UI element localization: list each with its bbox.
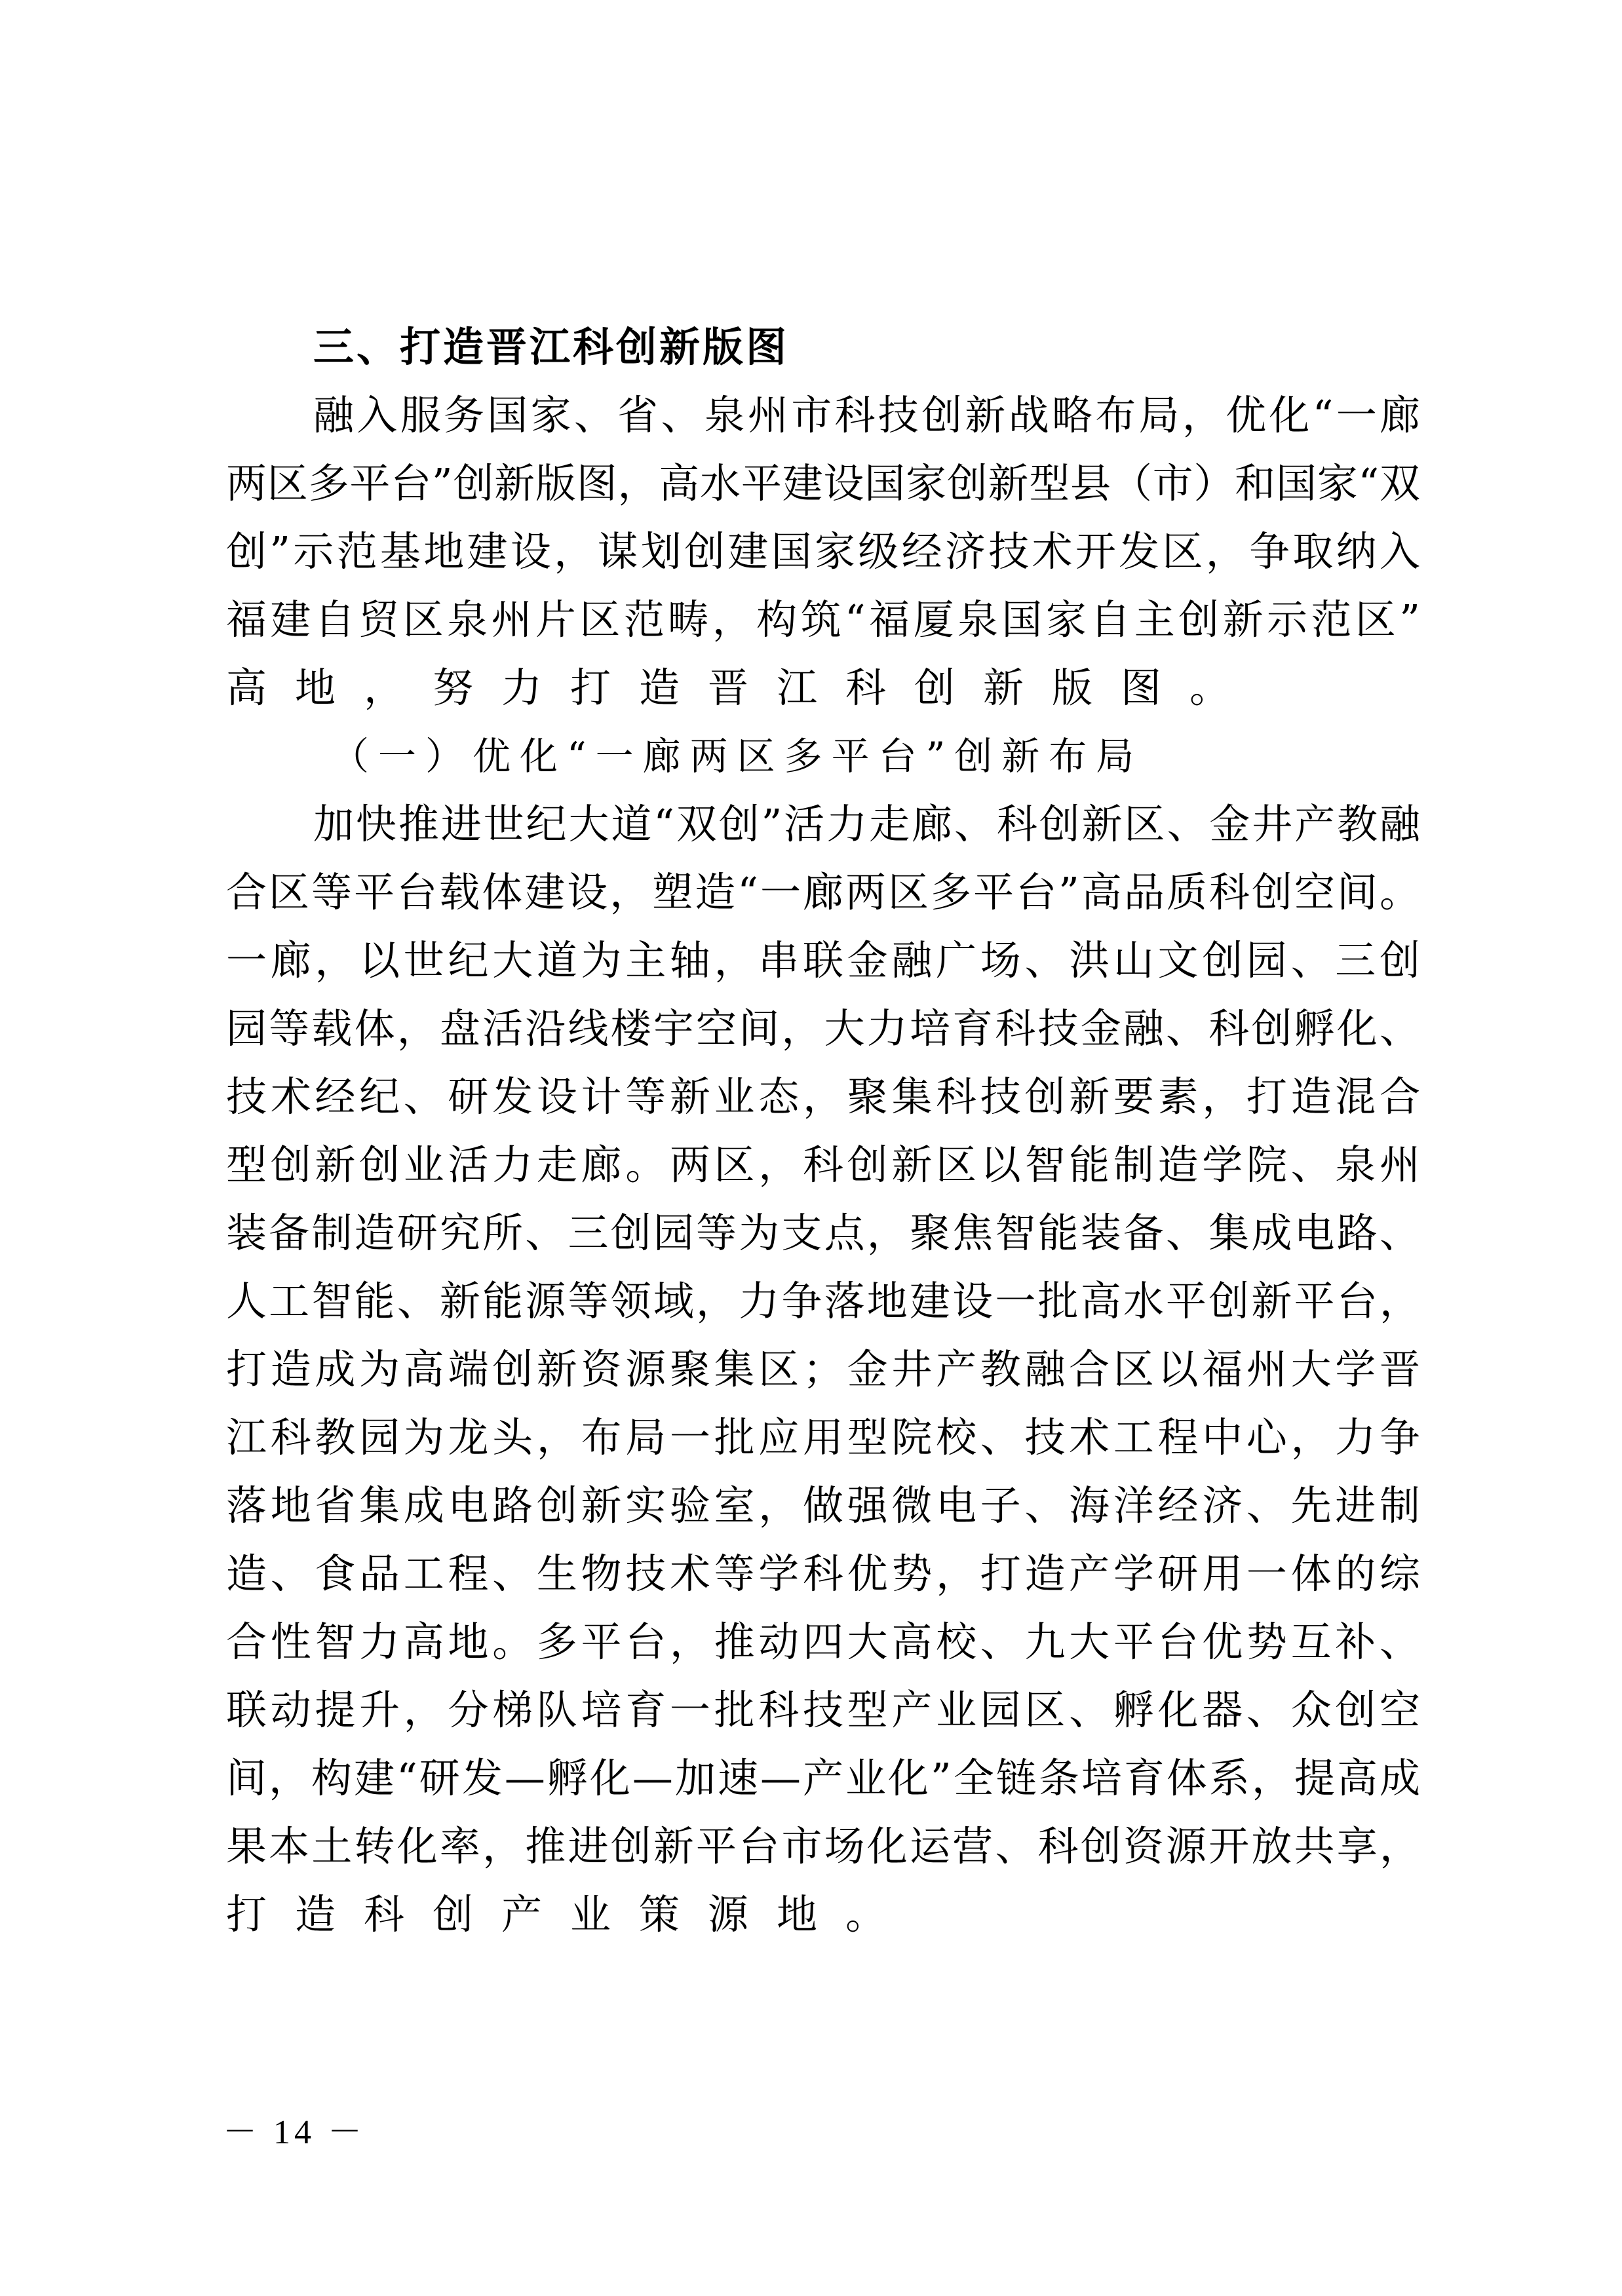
paragraph-line: 果本土转化率，推进创新平台市场化运营、科创资源开放共享， <box>226 1812 1420 1881</box>
paragraph-line: 融入服务国家、省、泉州市科技创新战略布局，优化“一廊 <box>226 381 1420 450</box>
paragraph-line: 装备制造研究所、三创园等为支点，聚焦智能装备、集成电路、 <box>226 1199 1420 1267</box>
paragraph-line: 园等载体，盘活沿线楼宇空间，大力培育科技金融、科创孵化、 <box>226 995 1420 1063</box>
paragraph-line: 加快推进世纪大道“双创”活力走廊、科创新区、金井产教融 <box>226 790 1420 858</box>
paragraph-line: 型创新创业活力走廊。两区，科创新区以智能制造学院、泉州 <box>226 1131 1420 1199</box>
paragraph-line: 一廊，以世纪大道为主轴，串联金融广场、洪山文创园、三创 <box>226 927 1420 995</box>
document-body: 三、打造晋江科创新版图 融入服务国家、省、泉州市科技创新战略布局，优化“一廊 两… <box>226 313 1420 1949</box>
paragraph-line: 联动提升，分梯队培育一批科技型产业园区、孵化器、众创空 <box>226 1676 1420 1744</box>
paragraph-line: 打造科创产业策源地。 <box>226 1881 1420 1949</box>
page-number: － 14 － <box>223 2110 366 2156</box>
paragraph-line: 技术经纪、研发设计等新业态，聚集科技创新要素，打造混合 <box>226 1063 1420 1131</box>
subsection-heading: （一）优化“一廊两区多平台”创新布局 <box>226 722 1420 790</box>
paragraph-line: 两区多平台”创新版图，高水平建设国家创新型县（市）和国家“双 <box>226 450 1420 518</box>
paragraph-line: 人工智能、新能源等领域，力争落地建设一批高水平创新平台， <box>226 1267 1420 1335</box>
paragraph-line: 合区等平台载体建设，塑造“一廊两区多平台”高品质科创空间。 <box>226 858 1420 927</box>
paragraph-line: 高地，努力打造晋江科创新版图。 <box>226 654 1420 722</box>
paragraph-line: 江科教园为龙头，布局一批应用型院校、技术工程中心，力争 <box>226 1404 1420 1472</box>
paragraph-line: 打造成为高端创新资源聚集区；金井产教融合区以福州大学晋 <box>226 1335 1420 1404</box>
paragraph-line: 落地省集成电路创新实验室，做强微电子、海洋经济、先进制 <box>226 1472 1420 1540</box>
paragraph-line: 合性智力高地。多平台，推动四大高校、九大平台优势互补、 <box>226 1608 1420 1676</box>
body-paragraph: 加快推进世纪大道“双创”活力走廊、科创新区、金井产教融 合区等平台载体建设，塑造… <box>226 790 1420 1949</box>
section-heading: 三、打造晋江科创新版图 <box>226 313 1420 381</box>
paragraph-line: 间，构建“研发—孵化—加速—产业化”全链条培育体系，提高成 <box>226 1744 1420 1812</box>
document-page: 三、打造晋江科创新版图 融入服务国家、省、泉州市科技创新战略布局，优化“一廊 两… <box>0 0 1622 2296</box>
paragraph-line: 福建自贸区泉州片区范畴，构筑“福厦泉国家自主创新示范区” <box>226 586 1420 654</box>
intro-paragraph: 融入服务国家、省、泉州市科技创新战略布局，优化“一廊 两区多平台”创新版图，高水… <box>226 381 1420 722</box>
paragraph-line: 创”示范基地建设，谋划创建国家级经济技术开发区，争取纳入 <box>226 518 1420 586</box>
paragraph-line: 造、食品工程、生物技术等学科优势，打造产学研用一体的综 <box>226 1540 1420 1608</box>
